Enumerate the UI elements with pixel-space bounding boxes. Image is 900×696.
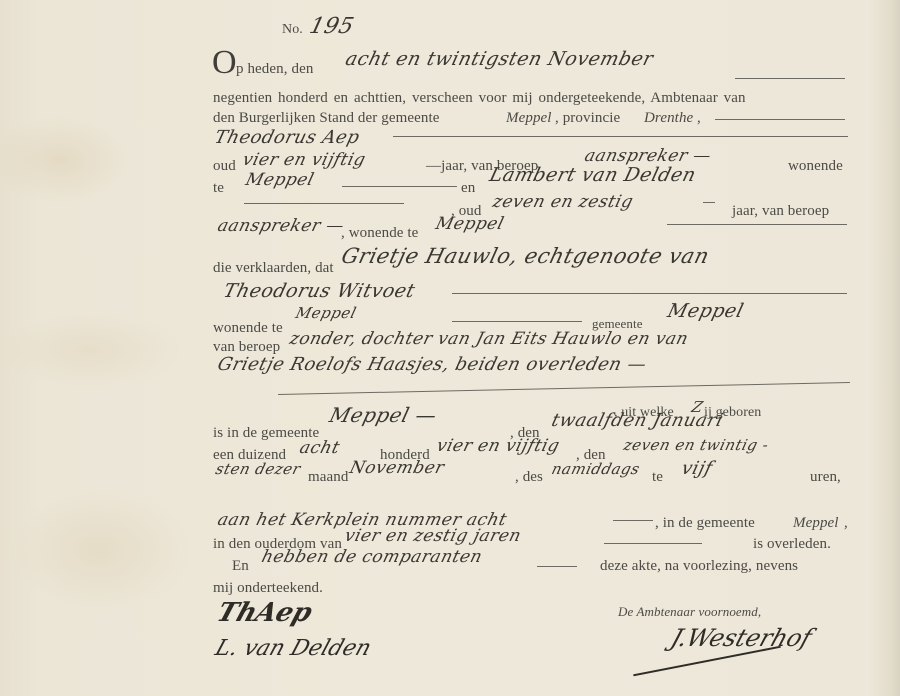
number-label: No. xyxy=(282,22,303,38)
deceased-occupation-parents: zonder, dochter van Jan Eits Hauwlo en v… xyxy=(288,329,691,349)
witness2-age: zeven en zestig xyxy=(491,192,636,212)
birth-century: acht xyxy=(298,438,342,458)
death-hour: vijf xyxy=(679,458,714,479)
fill-line xyxy=(715,119,845,120)
dash xyxy=(703,202,715,203)
certificate-number: 195 xyxy=(307,14,357,39)
des-label: , des xyxy=(515,469,543,486)
fill-line xyxy=(393,136,848,137)
fill-line xyxy=(342,186,457,187)
wonende-te-label: , wonende te xyxy=(341,225,418,242)
gemeente-label-2: , in de gemeente xyxy=(655,515,755,532)
spouse-name: Theodorus Witvoet xyxy=(221,280,417,302)
fill-line xyxy=(452,293,847,294)
death-day: zeven en twintig - xyxy=(622,436,771,454)
deceased-gemeente: Meppel xyxy=(665,300,746,322)
dash xyxy=(537,566,577,567)
en-label-2: En xyxy=(232,558,249,575)
witness1-name: Theodorus Aep xyxy=(212,127,362,148)
witness2-name: Lambert van Delden xyxy=(487,164,698,186)
death-gemeente: Meppel xyxy=(793,515,839,532)
death-part-of-day: namiddags xyxy=(550,460,642,478)
fill-line xyxy=(667,224,847,225)
closing-handwritten: hebben de comparanten xyxy=(260,547,485,567)
birth-place: Meppel — xyxy=(327,403,439,427)
comma: , xyxy=(844,515,848,532)
signature-witness1: ThAep xyxy=(213,598,316,628)
signature-official: J.Westerhof xyxy=(667,624,815,652)
date-handwritten: acht en twintigsten November xyxy=(343,48,655,70)
preamble-line-3a: den Burgerlijken Stand der gemeente xyxy=(213,110,440,127)
wonende-label: wonende xyxy=(788,158,843,175)
verklaarden-label: die verklaarden, dat xyxy=(213,260,334,277)
witness1-residence: Meppel xyxy=(244,170,317,190)
signature-witness2: L. van Delden xyxy=(212,636,374,661)
provincie-label: , provincie xyxy=(555,110,620,127)
uren-label: uren, xyxy=(810,469,841,486)
jaar-beroep-label-2: jaar, van beroep xyxy=(732,203,829,220)
te-label: te xyxy=(213,180,224,197)
death-day-suffix: sten dezer xyxy=(214,460,303,478)
overleden-label: is overleden. xyxy=(753,536,831,553)
mother-name-line: Grietje Roelofs Haasjes, beiden overlede… xyxy=(215,354,648,375)
maand-label: maand xyxy=(308,469,348,486)
deceased-name: Grietje Hauwlo, echtgenoote van xyxy=(339,244,712,268)
deceased-residence: Meppel xyxy=(294,304,359,322)
death-age: vier en zestig jaren xyxy=(343,526,524,546)
dash xyxy=(613,520,653,521)
onderteekend-label: mij onderteekend. xyxy=(213,580,323,597)
closing-line xyxy=(278,382,850,395)
birth-year: vier en vijftig xyxy=(435,436,562,456)
en-label: en xyxy=(461,180,475,197)
oud-label: oud xyxy=(213,158,236,175)
te-label-2: te xyxy=(652,469,663,486)
fill-line xyxy=(452,321,582,322)
comma: , xyxy=(697,110,701,127)
closing-rest: deze akte, na voorlezing, nevens xyxy=(600,558,798,575)
witness2-occupation: aanspreker — xyxy=(216,216,347,236)
wonende-te-label-2: wonende te xyxy=(213,320,283,337)
death-month: November xyxy=(348,458,447,478)
witness1-age: vier en vijftig xyxy=(241,150,368,170)
gemeente-name: Meppel xyxy=(506,110,552,127)
fill-line xyxy=(244,203,404,204)
witness2-residence: Meppel xyxy=(434,214,507,234)
document-page: No. 195 O p heden, den acht en twintigst… xyxy=(0,0,900,696)
fill-line xyxy=(735,78,845,79)
witness1-occupation: aanspreker — xyxy=(583,146,714,166)
preamble-line-2: negentien honderd en achttien, verscheen… xyxy=(213,90,746,107)
provincie-name: Drenthe xyxy=(644,110,693,127)
initial-letter: O xyxy=(212,44,237,82)
fill-line xyxy=(604,543,702,544)
official-label: De Ambtenaar voornoemd, xyxy=(618,604,761,620)
birth-day-month: twaalfden Januari xyxy=(549,410,725,431)
heden-den-label: p heden, den xyxy=(236,61,313,78)
